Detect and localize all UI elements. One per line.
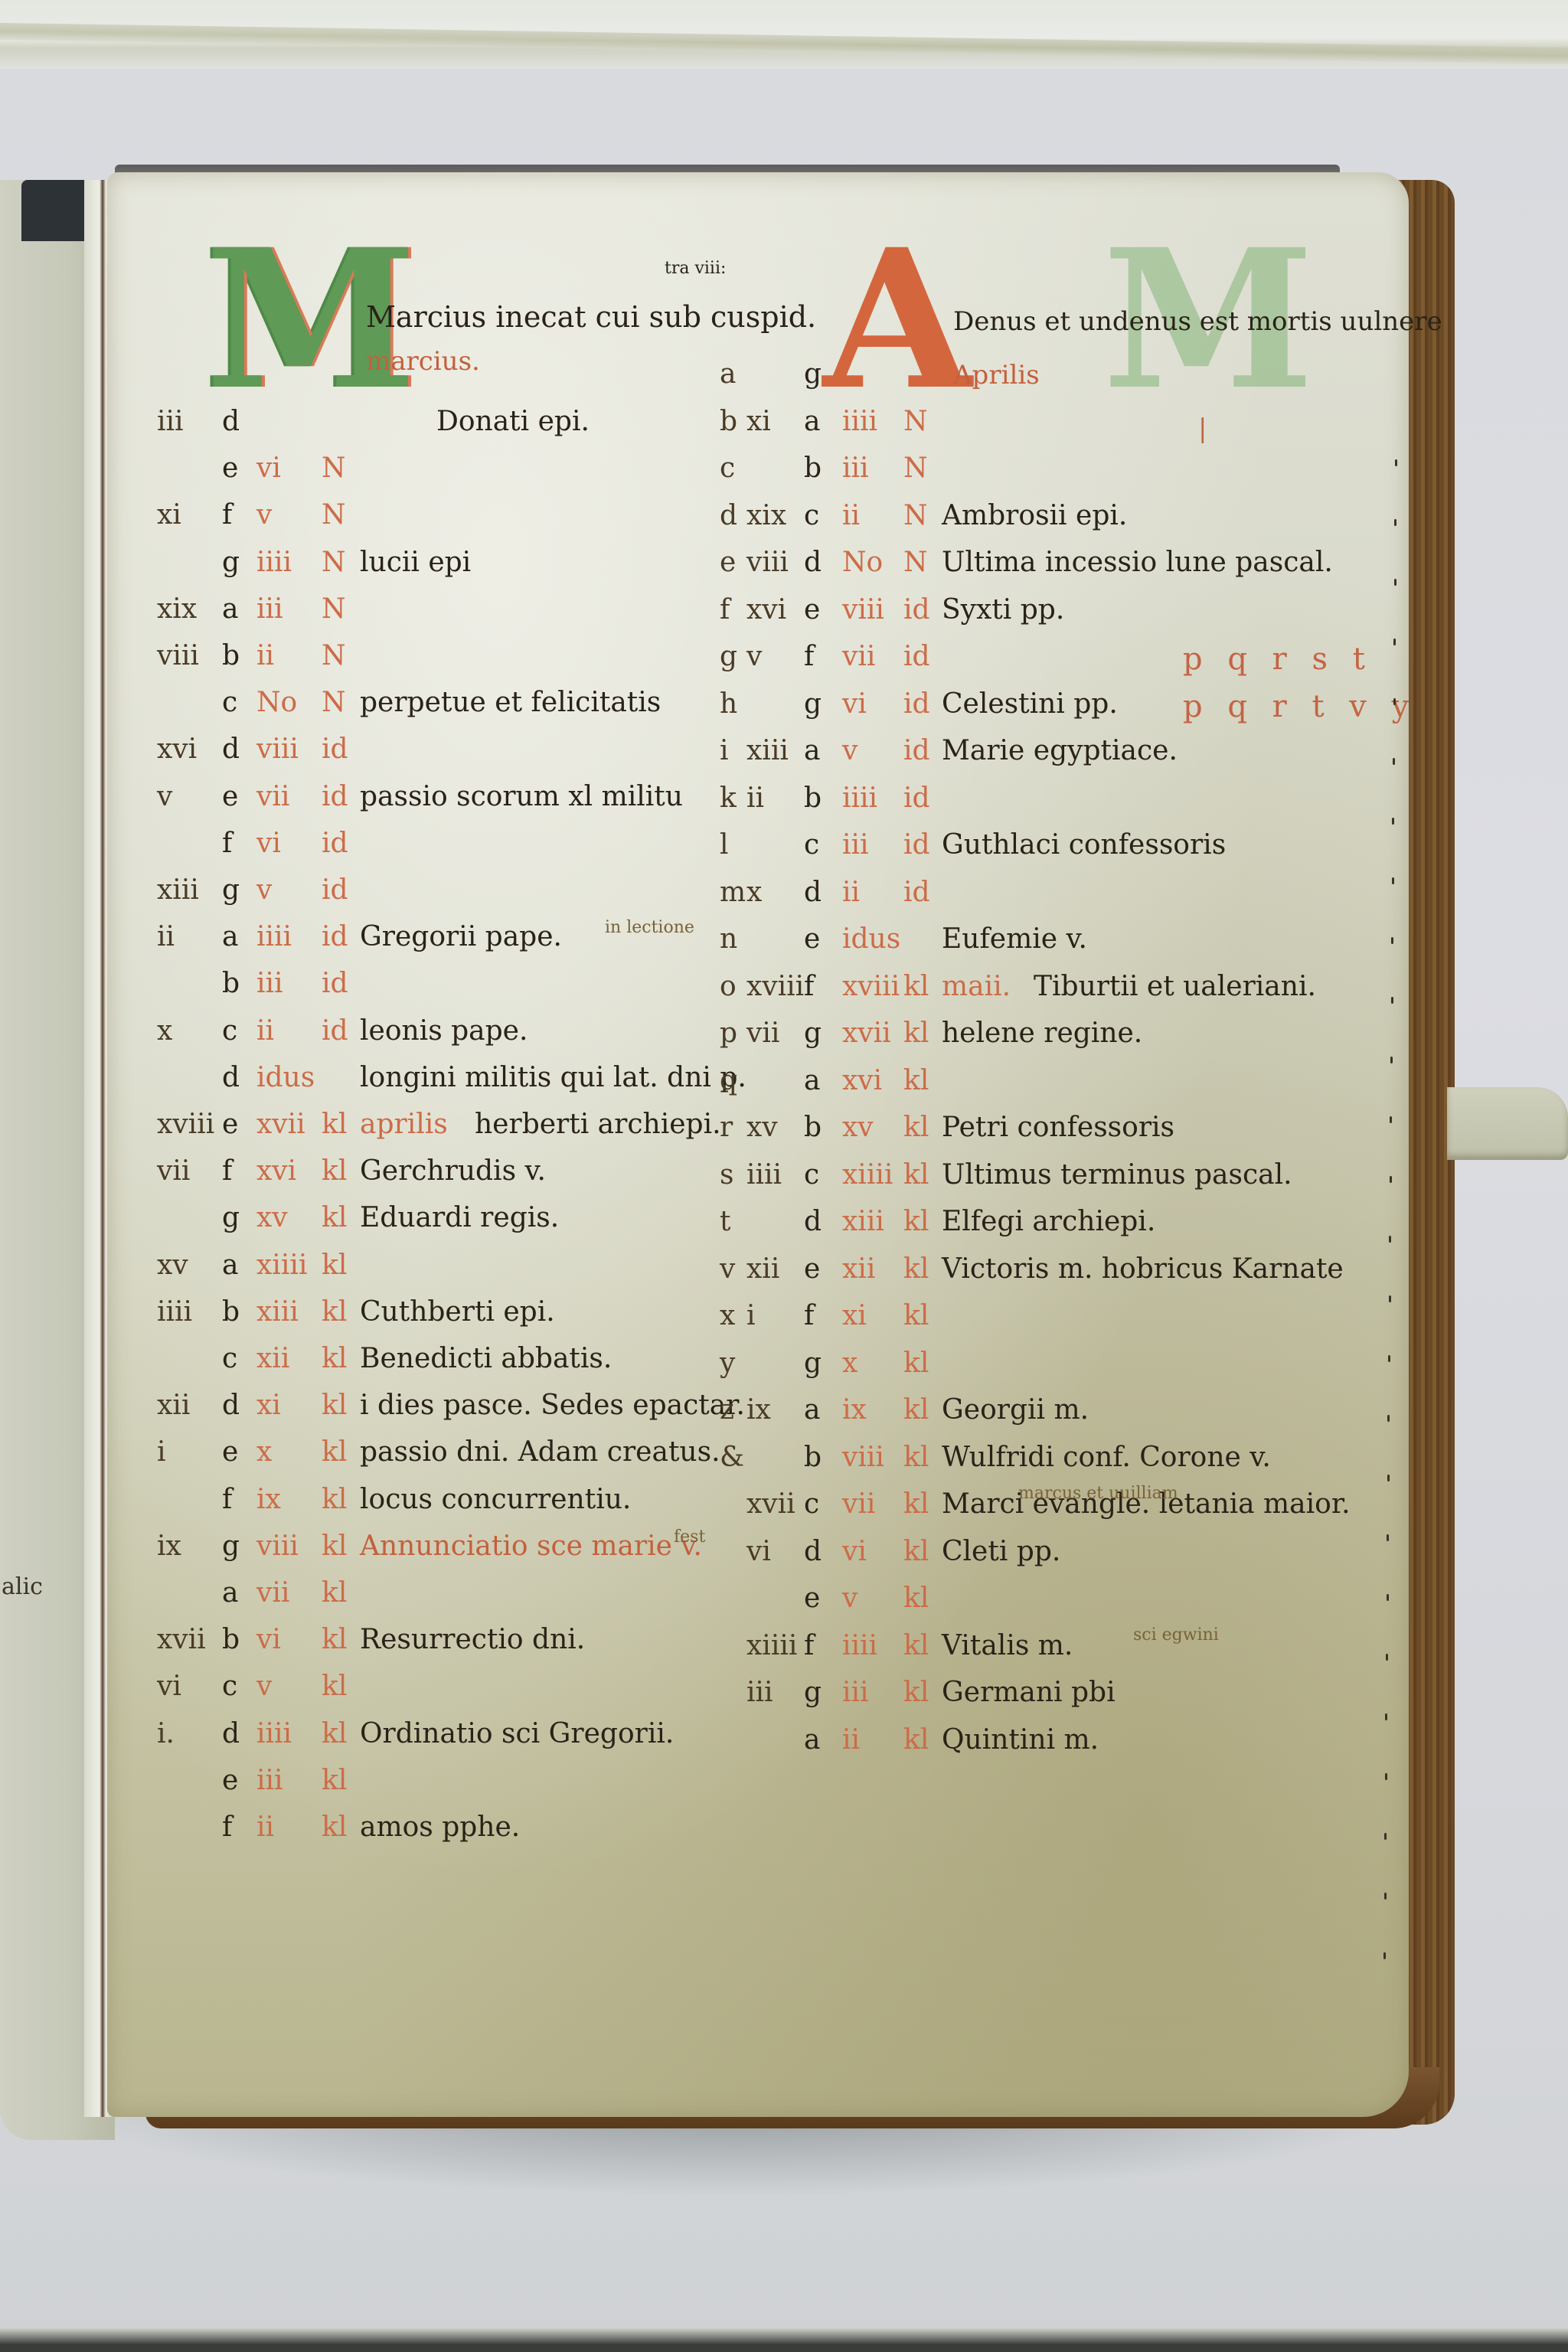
marginal-gloss: in lectione	[605, 904, 694, 952]
dominical-letter: a	[804, 1717, 820, 1764]
roman-term: id	[322, 820, 348, 867]
roman-day: iii	[256, 1757, 283, 1805]
dominical-letter: e	[222, 1101, 238, 1148]
dominical-letter: g	[222, 1194, 240, 1242]
dominical-letter: g	[222, 867, 240, 914]
roman-term: id	[903, 869, 930, 916]
golden-number: xiiii	[746, 1622, 797, 1670]
dominical-letter: d	[222, 726, 240, 773]
feast-entry: Donati epi.	[436, 398, 590, 446]
roman-term: kl	[322, 1194, 347, 1242]
roman-term: id	[903, 775, 930, 822]
golden-number: xix	[746, 492, 786, 540]
dominical-letter: d	[804, 539, 822, 586]
golden-number: ii	[157, 913, 175, 961]
roman-day: No	[256, 679, 297, 727]
feast-entry: Victoris m. hobricus Karnate	[942, 1246, 1344, 1293]
dominical-letter: a	[804, 1057, 820, 1105]
roman-day: ii	[842, 869, 860, 916]
roman-day: viii	[256, 1523, 299, 1570]
prick-mark	[1393, 758, 1395, 765]
roman-day: vi	[842, 1528, 867, 1576]
roman-term: kl	[322, 1148, 347, 1195]
dominical-letter: c	[804, 822, 819, 869]
roman-term: kl	[322, 1710, 347, 1758]
dominical-letter: a	[804, 398, 820, 446]
dominical-letter: a	[222, 1570, 238, 1617]
march-heading-superscript: tra viii:	[665, 259, 726, 278]
dominical-letter: f	[222, 820, 232, 867]
prick-mark	[1385, 1773, 1387, 1780]
prick-mark	[1383, 1952, 1386, 1959]
feast-entry: passio dni. Adam creatus.	[360, 1429, 720, 1476]
roman-day: x	[256, 1429, 272, 1476]
roman-term: id	[322, 773, 348, 821]
feast-entry: Benedicti abbatis.	[360, 1335, 612, 1383]
golden-number: i	[157, 1429, 166, 1476]
golden-number: viii	[157, 632, 199, 680]
feast-entry: leonis pape.	[360, 1008, 528, 1055]
alphabet-letter: a	[720, 351, 736, 398]
dominical-letter: e	[804, 1246, 820, 1293]
golden-number: iiii	[157, 1289, 192, 1336]
dominical-letter: g	[804, 1669, 822, 1717]
feast-entry: Germani pbi	[942, 1669, 1116, 1717]
dominical-letter: f	[804, 633, 814, 681]
feast-entry: Eufemie v.	[942, 916, 1087, 963]
roman-term: kl	[903, 1246, 929, 1293]
dominical-letter: b	[222, 1616, 240, 1664]
dominical-letter: e	[222, 445, 238, 492]
feast-entry: i dies pasce. Sedes epactar.	[360, 1382, 745, 1429]
golden-number: vii	[746, 1010, 779, 1057]
golden-number: xiii	[746, 727, 789, 775]
roman-day: iiii	[256, 913, 292, 961]
clasp-strap[interactable]	[1447, 1087, 1568, 1160]
roman-term: id	[903, 681, 930, 728]
roman-day: vi	[842, 681, 867, 728]
feast-entry: locus concurrentiu.	[360, 1476, 631, 1524]
alphabet-letter: &	[720, 1434, 744, 1481]
roman-day: iiii	[842, 1622, 877, 1670]
roman-term: kl	[903, 1387, 929, 1434]
dominical-letter: g	[222, 1523, 240, 1570]
alphabet-letter: c	[720, 445, 735, 492]
golden-number: xix	[157, 586, 197, 633]
dominical-letter: d	[222, 1382, 240, 1429]
alphabet-letter: t	[720, 1198, 730, 1246]
feast-entry: Petri confessoris	[942, 1104, 1174, 1151]
golden-number: vi	[746, 1528, 771, 1576]
prick-mark	[1392, 818, 1394, 825]
marginal-gloss: fest	[674, 1514, 705, 1561]
roman-term: kl	[903, 1151, 929, 1199]
dominical-letter: f	[222, 1148, 232, 1195]
golden-number: xii	[746, 1246, 779, 1293]
roman-day: iiii	[842, 398, 877, 446]
golden-number: x	[746, 869, 762, 916]
dominical-letter: c	[222, 1335, 237, 1383]
prick-mark	[1384, 1833, 1387, 1840]
feast-entry: Elfegi archiepi.	[942, 1198, 1155, 1246]
roman-day: idus	[842, 916, 900, 963]
roman-day: ii	[256, 632, 274, 680]
april-month-name: Aprilis	[953, 360, 1040, 390]
roman-day: xvi	[256, 1148, 296, 1195]
prick-mark	[1393, 639, 1396, 645]
prick-mark	[1390, 1176, 1392, 1183]
dominical-letter: b	[804, 1434, 822, 1481]
roman-day: xiiii	[842, 1151, 893, 1199]
feast-entry: Ordinatio sci Gregorii.	[360, 1710, 674, 1758]
left-page-text: alic	[2, 1573, 43, 1600]
roman-day: iiii	[256, 539, 292, 586]
feast-entry: Vitalis m.	[942, 1622, 1073, 1670]
dominical-letter: f	[804, 1292, 814, 1340]
feast-entry: Tiburtii et ualeriani.	[1034, 963, 1316, 1011]
feast-entry: longini militis qui lat. dni p.	[360, 1054, 746, 1102]
roman-day: v	[256, 867, 272, 914]
feast-entry: Cuthberti epi.	[360, 1289, 555, 1336]
dominical-letter: d	[222, 1054, 240, 1102]
golden-number: v	[157, 773, 172, 821]
dominical-letter: f	[804, 963, 814, 1011]
glass-plate-bottom	[0, 2327, 1568, 2352]
golden-number: vi	[157, 1663, 181, 1710]
roman-day: x	[842, 1340, 857, 1387]
roman-term: kl	[322, 1757, 347, 1805]
dominical-letter: g	[804, 1010, 822, 1057]
roman-term: id	[322, 867, 348, 914]
dominical-letter: d	[804, 1198, 822, 1246]
roman-term: id	[322, 913, 348, 961]
marginal-gloss: sci egwini	[1133, 1612, 1219, 1659]
prick-mark	[1392, 877, 1394, 884]
feast-entry: Quintini m.	[942, 1717, 1099, 1764]
dominical-letter: f	[222, 1476, 232, 1524]
roman-day: xv	[842, 1104, 874, 1151]
alphabet-letter: y	[720, 1340, 735, 1387]
dominical-letter: c	[804, 492, 819, 540]
dominical-letter: b	[222, 1289, 240, 1336]
feast-entry: Gerchrudis v.	[360, 1148, 546, 1195]
dominical-letter: d	[804, 1528, 822, 1576]
roman-day: ix	[842, 1387, 867, 1434]
roman-term: kl	[903, 1434, 929, 1481]
dominical-letter: e	[222, 773, 238, 821]
feast-entry: perpetue et felicitatis	[360, 679, 661, 727]
roman-term: kl	[322, 1429, 347, 1476]
roman-term: N	[322, 586, 346, 633]
feast-entry: lucii epi	[360, 539, 471, 586]
alphabet-letter: l	[720, 822, 729, 869]
roman-term: kl	[322, 1804, 347, 1851]
prick-mark	[1389, 1236, 1391, 1243]
golden-number: ii	[746, 775, 764, 822]
golden-number: v	[746, 633, 762, 681]
roman-day: v	[256, 492, 272, 539]
alphabet-letter: h	[720, 681, 737, 728]
feast-entry: Eduardi regis.	[360, 1194, 559, 1242]
roman-term: kl	[322, 1289, 347, 1336]
dominical-letter: e	[222, 1757, 238, 1805]
roman-day: xiiii	[256, 1242, 307, 1289]
roman-term: N	[903, 539, 928, 586]
dominical-letter: f	[804, 1622, 814, 1670]
prick-mark	[1389, 1295, 1391, 1302]
roman-term: N	[903, 492, 928, 540]
roman-term: N	[322, 445, 346, 492]
roman-day: vii	[256, 1570, 289, 1617]
golden-number: xviii	[746, 963, 804, 1011]
alphabet-letter: r	[720, 1104, 733, 1151]
feast-entry: Annunciatio sce marie v.	[360, 1523, 702, 1570]
feast-entry: Georgii m.	[942, 1387, 1089, 1434]
prick-mark	[1387, 1594, 1389, 1601]
roman-term: id	[903, 633, 930, 681]
roman-day: vi	[256, 445, 281, 492]
roman-day: viii	[256, 726, 299, 773]
roman-term: id	[903, 586, 930, 634]
roman-day: vii	[256, 773, 289, 821]
golden-number: xi	[746, 398, 771, 446]
roman-term: kl	[903, 1622, 929, 1670]
golden-number: i	[746, 1292, 756, 1340]
dominical-letter: a	[804, 727, 820, 775]
prick-mark	[1388, 1355, 1390, 1362]
roman-term: kl	[322, 1382, 347, 1429]
roman-term: kl	[322, 1523, 347, 1570]
roman-day: xvi	[842, 1057, 882, 1105]
roman-day: ii	[256, 1804, 274, 1851]
dominical-letter: a	[222, 913, 238, 961]
alphabet-letter: x	[720, 1292, 735, 1340]
dominical-letter: e	[804, 1575, 820, 1622]
prick-mark	[1385, 1713, 1387, 1720]
golden-number: xii	[157, 1382, 190, 1429]
roman-day: vi	[256, 820, 281, 867]
golden-number: xvii	[746, 1481, 795, 1528]
prick-mark	[1391, 937, 1393, 944]
roman-term: id	[322, 726, 348, 773]
roman-day: iiii	[842, 775, 877, 822]
roman-day: iii	[256, 586, 283, 633]
feast-entry: amos pphe.	[360, 1804, 520, 1851]
golden-number: iiii	[746, 1151, 782, 1199]
alphabet-letter: p	[720, 1010, 737, 1057]
dominical-letter: f	[222, 492, 232, 539]
feast-entry: Celestini pp.	[942, 681, 1118, 728]
golden-number: ix	[746, 1387, 771, 1434]
roman-term: kl	[903, 1198, 929, 1246]
dominical-letter: c	[222, 679, 237, 727]
roman-day: iii	[842, 822, 869, 869]
roman-term: kl	[903, 1575, 929, 1622]
dominical-letter: c	[804, 1481, 819, 1528]
dominical-letter: d	[222, 1710, 240, 1758]
alphabet-letter: m	[720, 869, 746, 916]
marginal-alphabet-2: p q r t v y	[1183, 689, 1416, 724]
alphabet-letter: n	[720, 916, 737, 963]
golden-number: ix	[157, 1523, 181, 1570]
feast-entry: helene regine.	[942, 1010, 1142, 1057]
roman-term: N	[322, 492, 346, 539]
roman-term: kl	[322, 1335, 347, 1383]
alphabet-letter: v	[720, 1246, 735, 1293]
roman-day: v	[842, 1575, 857, 1622]
alphabet-letter: o	[720, 963, 737, 1011]
month-rubric: aprilis	[360, 1101, 448, 1148]
roman-day: xvii	[842, 1010, 891, 1057]
roman-day: xi	[256, 1382, 281, 1429]
roman-term: kl	[903, 1340, 929, 1387]
roman-day: ii	[842, 492, 860, 540]
roman-day: No	[842, 539, 883, 586]
dominical-letter: b	[804, 775, 822, 822]
roman-day: xiii	[842, 1198, 884, 1246]
roman-term: kl	[903, 1104, 929, 1151]
feast-entry: Ambrosii epi.	[942, 492, 1127, 540]
roman-term: kl	[903, 1481, 929, 1528]
alphabet-letter: z	[720, 1387, 734, 1434]
prick-mark	[1393, 698, 1396, 705]
feast-entry: Cleti pp.	[942, 1528, 1060, 1576]
roman-term: kl	[903, 1010, 929, 1057]
roman-term: id	[903, 822, 930, 869]
golden-number: xi	[157, 492, 181, 539]
month-rubric: maii.	[942, 963, 1011, 1011]
feast-entry: Gregorii pape.	[360, 913, 562, 961]
roman-day: v	[842, 727, 857, 775]
prick-mark	[1390, 1116, 1392, 1123]
feast-entry: Resurrectio dni.	[360, 1616, 585, 1664]
roman-day: vii	[842, 1481, 875, 1528]
roman-term: kl	[322, 1663, 347, 1710]
feast-entry: Guthlaci confessoris	[942, 822, 1226, 869]
golden-number: xvi	[746, 586, 786, 634]
alphabet-letter: q	[720, 1057, 737, 1105]
roman-day: xi	[842, 1292, 867, 1340]
golden-number: i.	[157, 1710, 175, 1758]
alphabet-letter: b	[720, 398, 737, 446]
dominical-letter: g	[804, 681, 822, 728]
roman-term: N	[322, 679, 346, 727]
marginal-mark: |	[1198, 413, 1207, 444]
golden-number: vii	[157, 1148, 190, 1195]
dominical-letter: g	[804, 1340, 822, 1387]
roman-day: iii	[842, 445, 869, 492]
roman-term: kl	[322, 1570, 347, 1617]
roman-day: iiii	[256, 1710, 292, 1758]
alphabet-letter: s	[720, 1151, 733, 1199]
dominical-letter: b	[222, 960, 240, 1008]
roman-day: vi	[256, 1616, 281, 1664]
roman-term: id	[322, 1008, 348, 1055]
dominical-letter: c	[222, 1008, 237, 1055]
dominical-letter: d	[804, 869, 822, 916]
alphabet-letter: f	[720, 586, 730, 634]
march-month-name: marcius.	[366, 346, 480, 377]
dominical-letter: b	[804, 1104, 822, 1151]
prick-mark	[1390, 1057, 1393, 1063]
roman-day: xvii	[256, 1101, 305, 1148]
feast-entry: Ultima incessio lune pascal.	[942, 539, 1333, 586]
roman-term: kl	[322, 1476, 347, 1524]
dominical-letter: e	[804, 586, 820, 634]
roman-day: viii	[842, 586, 884, 634]
golden-number: xviii	[157, 1101, 214, 1148]
roman-day: viii	[842, 1434, 884, 1481]
dominical-letter: a	[222, 1242, 238, 1289]
prick-mark	[1387, 1415, 1390, 1422]
prick-mark	[1386, 1654, 1388, 1661]
roman-term: kl	[322, 1242, 347, 1289]
roman-day: ix	[256, 1476, 281, 1524]
golden-number: viii	[746, 539, 789, 586]
golden-number: xiii	[157, 867, 199, 914]
roman-day: v	[256, 1663, 272, 1710]
dominical-letter: c	[804, 1151, 819, 1199]
roman-day: iii	[842, 1669, 869, 1717]
roman-day: vii	[842, 633, 875, 681]
roman-day: xv	[256, 1194, 288, 1242]
roman-day: xiii	[256, 1289, 299, 1336]
prick-mark	[1391, 997, 1393, 1004]
alphabet-letter: d	[720, 492, 737, 540]
roman-term: kl	[903, 1292, 929, 1340]
feast-entry: herberti archiepi.	[475, 1101, 721, 1148]
dominical-letter: g	[804, 351, 822, 398]
dominical-letter: e	[222, 1429, 238, 1476]
prick-mark	[1387, 1475, 1390, 1481]
feast-entry: Ultimus terminus pascal.	[942, 1151, 1292, 1199]
roman-term: kl	[903, 1057, 929, 1105]
golden-number: x	[157, 1008, 172, 1055]
marginal-gloss: marcus et uuilliam	[1018, 1470, 1178, 1517]
roman-term: id	[903, 727, 930, 775]
roman-day: xviii	[842, 963, 900, 1011]
roman-day: ii	[256, 1008, 274, 1055]
roman-term: N	[322, 539, 346, 586]
roman-day: xii	[256, 1335, 289, 1383]
golden-number: xv	[157, 1242, 188, 1289]
roman-day: ii	[842, 1717, 860, 1764]
feast-entry: Syxti pp.	[942, 586, 1064, 634]
dominical-letter: e	[804, 916, 820, 963]
alphabet-letter: e	[720, 539, 736, 586]
roman-term: N	[903, 445, 928, 492]
alphabet-letter: i	[720, 727, 729, 775]
prick-mark	[1387, 1534, 1389, 1541]
roman-day: iii	[256, 960, 283, 1008]
golden-number: iii	[157, 398, 184, 446]
dominical-letter: c	[222, 1663, 237, 1710]
roman-term: kl	[903, 1528, 929, 1576]
roman-term: kl	[903, 1717, 929, 1764]
roman-term: kl	[322, 1616, 347, 1664]
alphabet-letter: g	[720, 633, 737, 681]
dominical-letter: a	[222, 586, 238, 633]
golden-number: xv	[746, 1104, 778, 1151]
golden-number: iii	[746, 1669, 773, 1717]
dominical-letter: d	[222, 398, 240, 446]
prick-mark	[1394, 519, 1396, 526]
dominical-letter: b	[222, 632, 240, 680]
roman-day: xii	[842, 1246, 875, 1293]
illuminated-initial-a: A	[823, 224, 972, 415]
prick-mark	[1394, 579, 1396, 586]
april-heading: Denus et undenus est mortis uulnere	[953, 306, 1442, 337]
